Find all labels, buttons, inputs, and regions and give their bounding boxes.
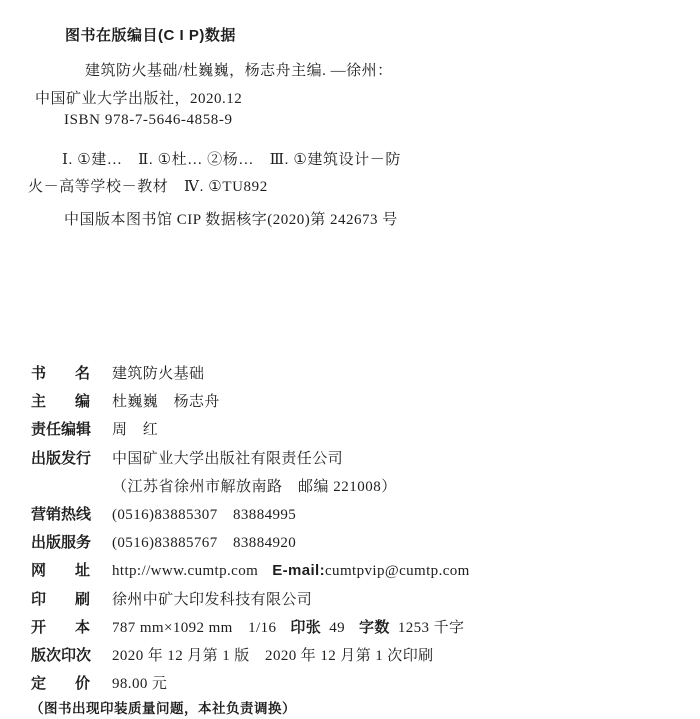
row-value: 建筑防火基础 (112, 362, 204, 383)
email-address: cumtpvip@cumtp.com (325, 563, 470, 579)
colophon-row-responsible-editor: 责任编辑 周 红 (31, 418, 671, 446)
row-label: 定价 (31, 672, 90, 693)
colophon-row-book-title: 书名 建筑防火基础 (31, 362, 671, 390)
book-copyright-page: 图书在版编目(C I P)数据 建筑防火基础/杜巍巍，杨志舟主编. —徐州： 中… (0, 0, 700, 719)
row-label: 责任编辑 (31, 418, 90, 439)
printed-sheets-value: 49 (329, 620, 345, 636)
isbn-line: ISBN 978-7-5646-4858-9 (64, 112, 233, 129)
row-value: 杜巍巍 杨志舟 (112, 390, 220, 411)
row-label: 出版发行 (31, 447, 90, 468)
colophon-row-publishing-service: 出版服务 (0516)83885767 83884920 (31, 531, 671, 559)
colophon-row-edition: 版次印次 2020 年 12 月第 1 版 2020 年 12 月第 1 次印刷 (31, 644, 671, 672)
cip-record-number: 中国版本图书馆 CIP 数据核字(2020)第 242673 号 (64, 208, 398, 229)
quality-exchange-note: （图书出现印装质量问题，本社负责调换） (30, 697, 296, 717)
row-value: 2020 年 12 月第 1 版 2020 年 12 月第 1 次印刷 (112, 644, 434, 665)
colophon-table: 书名 建筑防火基础 主编 杜巍巍 杨志舟 责任编辑 周 红 出版发行 中国矿业大… (31, 362, 671, 700)
row-label: 开本 (31, 616, 90, 637)
word-count-value: 1253 千字 (398, 620, 465, 636)
row-value: 徐州中矿大印发科技有限公司 (112, 588, 312, 609)
colophon-row-format: 开本 787 mm×1092 mm 1/16印张49字数1253 千字 (31, 616, 671, 644)
cip-classification-line2: 火－高等学校－教材 Ⅳ. ①TU892 (28, 175, 268, 196)
colophon-row-publisher: 出版发行 中国矿业大学出版社有限责任公司 (31, 447, 671, 475)
row-value: (0516)83885767 83884920 (112, 531, 296, 552)
colophon-row-chief-editors: 主编 杜巍巍 杨志舟 (31, 390, 671, 418)
printed-sheets-label: 印张 (290, 619, 321, 636)
cip-classification-line1: Ⅰ. ①建… Ⅱ. ①杜… ②杨… Ⅲ. ①建筑设计－防 (62, 148, 401, 169)
row-label: 营销热线 (31, 503, 90, 524)
word-count-label: 字数 (359, 619, 390, 636)
colophon-row-website: 网址 http://www.cumtp.comE-mail:cumtpvip@c… (31, 559, 671, 587)
colophon-row-publisher-address: （江苏省徐州市解放南路 邮编 221008） (31, 475, 671, 503)
row-value: 周 红 (112, 418, 158, 439)
cip-entry-line1: 建筑防火基础/杜巍巍，杨志舟主编. —徐州： (85, 59, 393, 80)
row-label: 书名 (31, 362, 90, 383)
row-value: 98.00 元 (112, 672, 167, 693)
colophon-row-sales-hotline: 营销热线 (0516)83885307 83884995 (31, 503, 671, 531)
cip-entry-line2: 中国矿业大学出版社，2020.12 (35, 87, 242, 108)
row-label: 印刷 (31, 588, 90, 609)
cip-heading: 图书在版编目(C I P)数据 (65, 24, 236, 45)
sheet-format: 787 mm×1092 mm 1/16 (112, 620, 276, 636)
row-value: (0516)83885307 83884995 (112, 503, 296, 524)
website-url: http://www.cumtp.com (112, 563, 258, 579)
row-value: http://www.cumtp.comE-mail:cumtpvip@cumt… (112, 562, 470, 580)
row-label: 版次印次 (31, 644, 90, 665)
colophon-row-printer: 印刷 徐州中矿大印发科技有限公司 (31, 588, 671, 616)
row-label: 网址 (31, 559, 90, 580)
row-label: 主编 (31, 390, 90, 411)
email-label: E-mail: (272, 562, 325, 579)
row-value: （江苏省徐州市解放南路 邮编 221008） (112, 475, 397, 496)
row-value: 787 mm×1092 mm 1/16印张49字数1253 千字 (112, 616, 464, 637)
row-value: 中国矿业大学出版社有限责任公司 (112, 447, 343, 468)
row-label: 出版服务 (31, 531, 90, 552)
